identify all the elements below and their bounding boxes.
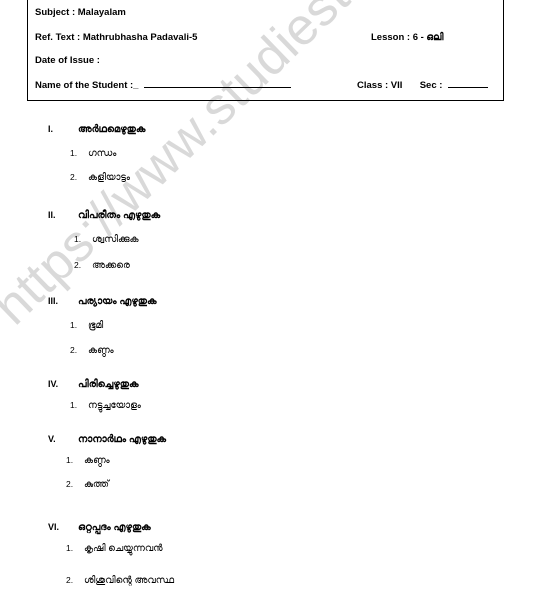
section-6-item-1: 1.കൃഷി ചെയ്യുന്നവൻ xyxy=(66,543,163,554)
section-number: V. xyxy=(48,434,78,444)
section-4-title: IV.പിരിച്ചെഴുതുക xyxy=(48,379,139,390)
section-4-item-1: 1.നട്ടുച്ചയോളം xyxy=(70,400,141,411)
student-name-field[interactable] xyxy=(144,78,291,88)
section-2-title: II.വിപരീതം എഴുതുക xyxy=(48,210,160,221)
section-2-item-2: 2.അക്കരെ xyxy=(74,260,130,271)
section-heading: വിപരീതം എഴുതുക xyxy=(78,210,160,221)
section-number: III. xyxy=(48,296,78,306)
item-number: 2. xyxy=(70,345,88,355)
subject-label: Subject : Malayalam xyxy=(35,7,126,18)
class-label: Class : VII xyxy=(357,80,402,91)
item-text: കുത്ത് xyxy=(84,479,109,490)
item-number: 2. xyxy=(70,172,88,182)
section-heading: പിരിച്ചെഴുതുക xyxy=(78,379,139,390)
sec-field[interactable] xyxy=(448,78,488,88)
sec-label: Sec : xyxy=(420,80,443,91)
section-6-title: VI.ഒറ്റപ്പദം എഴുതുക xyxy=(48,522,151,533)
section-5-item-2: 2.കുത്ത് xyxy=(66,479,109,490)
student-name-label: Name of the Student :_ xyxy=(35,80,138,91)
header-info-box: Subject : Malayalam Ref. Text : Mathrubh… xyxy=(27,0,504,101)
section-2-item-1: 1.ശ്വസിക്കുക xyxy=(74,234,139,245)
section-3-title: III.പര്യായം എഴുതുക xyxy=(48,296,157,307)
section-heading: ഒറ്റപ്പദം എഴുതുക xyxy=(78,522,151,533)
section-heading: നാനാർഥം എഴുതുക xyxy=(78,434,166,445)
item-number: 2. xyxy=(66,575,84,585)
item-number: 1. xyxy=(70,148,88,158)
item-text: കൃഷി ചെയ്യുന്നവൻ xyxy=(84,543,163,554)
item-text: ശിശുവിന്റെ അവസ്ഥ xyxy=(84,575,174,586)
section-3-item-1: 1.ഭൂമി xyxy=(70,320,103,331)
section-heading: പര്യായം എഴുതുക xyxy=(78,296,157,307)
item-number: 1. xyxy=(66,543,84,553)
section-number: II. xyxy=(48,210,78,220)
section-number: VI. xyxy=(48,522,78,532)
item-text: ഗന്ധം xyxy=(88,148,116,159)
item-text: നട്ടുച്ചയോളം xyxy=(88,400,141,411)
section-3-item-2: 2.കണ്ഠം xyxy=(70,345,114,356)
item-number: 1. xyxy=(74,234,92,244)
class-sec-row: Class : VII Sec : xyxy=(357,78,488,91)
section-number: IV. xyxy=(48,379,78,389)
section-5-title: V.നാനാർഥം എഴുതുക xyxy=(48,434,166,445)
section-1-item-1: 1.ഗന്ധം xyxy=(70,148,116,159)
item-number: 2. xyxy=(66,479,84,489)
item-text: ശ്വസിക്കുക xyxy=(92,234,139,245)
section-5-item-1: 1.കണ്ഠം xyxy=(66,455,110,466)
section-heading: അർഥമെഴുതുക xyxy=(78,124,145,135)
item-text: അക്കരെ xyxy=(92,260,130,271)
ref-text-label: Ref. Text : Mathrubhasha Padavali-5 xyxy=(35,32,197,43)
item-number: 2. xyxy=(74,260,92,270)
section-number: I. xyxy=(48,124,78,134)
lesson-label: Lesson : 6 - ഒലി xyxy=(371,32,443,43)
item-text: കണ്ഠം xyxy=(84,455,110,466)
item-number: 1. xyxy=(70,320,88,330)
section-1-title: I.അർഥമെഴുതുക xyxy=(48,124,145,135)
item-text: കളിയാട്ടം xyxy=(88,172,130,183)
section-6-item-2: 2.ശിശുവിന്റെ അവസ്ഥ xyxy=(66,575,174,586)
item-number: 1. xyxy=(66,455,84,465)
student-name-row: Name of the Student :_ xyxy=(35,78,291,91)
item-number: 1. xyxy=(70,400,88,410)
section-1-item-2: 2.കളിയാട്ടം xyxy=(70,172,130,183)
item-text: കണ്ഠം xyxy=(88,345,114,356)
item-text: ഭൂമി xyxy=(88,320,103,331)
date-of-issue-label: Date of Issue : xyxy=(35,55,100,66)
